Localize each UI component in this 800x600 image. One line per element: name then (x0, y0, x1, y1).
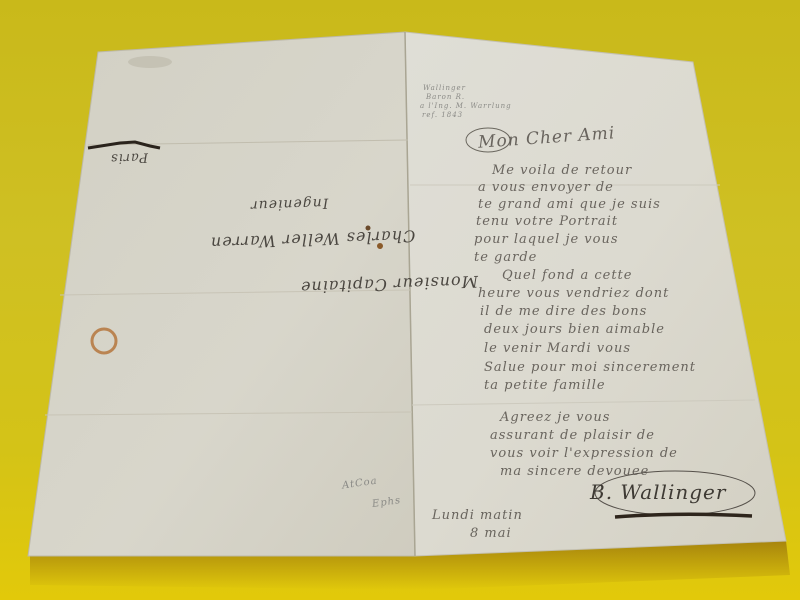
body-line: le venir Mardi vous (484, 341, 631, 356)
archival-note: Wallinger (423, 84, 466, 92)
body-line: ta petite famille (484, 378, 606, 393)
body-line: Salue pour moi sincerement (484, 360, 696, 375)
signature: B. Wallinger (590, 480, 726, 504)
body-line: deux jours bien aimable (484, 322, 665, 337)
body-line: tenu votre Portrait (476, 214, 618, 229)
archival-note: Baron R. (426, 93, 465, 101)
body-line: vous voir l'expression de (490, 446, 678, 461)
footer-line: 8 mai (470, 526, 512, 541)
archival-note: a l'Ing. M. Warrlung (420, 102, 512, 110)
body-line: te garde (474, 250, 537, 265)
body-line: ma sincere devouee (500, 464, 649, 479)
body-line: Agreez je vous (500, 410, 610, 425)
wax-stain (128, 56, 172, 68)
archival-note: ref. 1843 (422, 111, 463, 119)
address-line: Ingenieur (250, 195, 329, 214)
body-line: a vous envoyer de (478, 180, 614, 195)
body-line: il de me dire des bons (480, 304, 647, 319)
footer-line: Lundi matin (432, 508, 523, 523)
body-line: assurant de plaisir de (490, 428, 655, 443)
body-line: pour laquel je vous (474, 232, 619, 247)
body-line: heure vous vendriez dont (478, 286, 669, 301)
address-line: Paris (110, 149, 148, 165)
body-line: te grand ami que je suis (478, 197, 661, 212)
letter-paper (0, 0, 800, 600)
body-line: Me voila de retour (492, 163, 632, 178)
photo-scene: Monsieur Capitaine Charles Weller Warren… (0, 0, 800, 600)
body-line: Quel fond a cette (502, 268, 632, 283)
